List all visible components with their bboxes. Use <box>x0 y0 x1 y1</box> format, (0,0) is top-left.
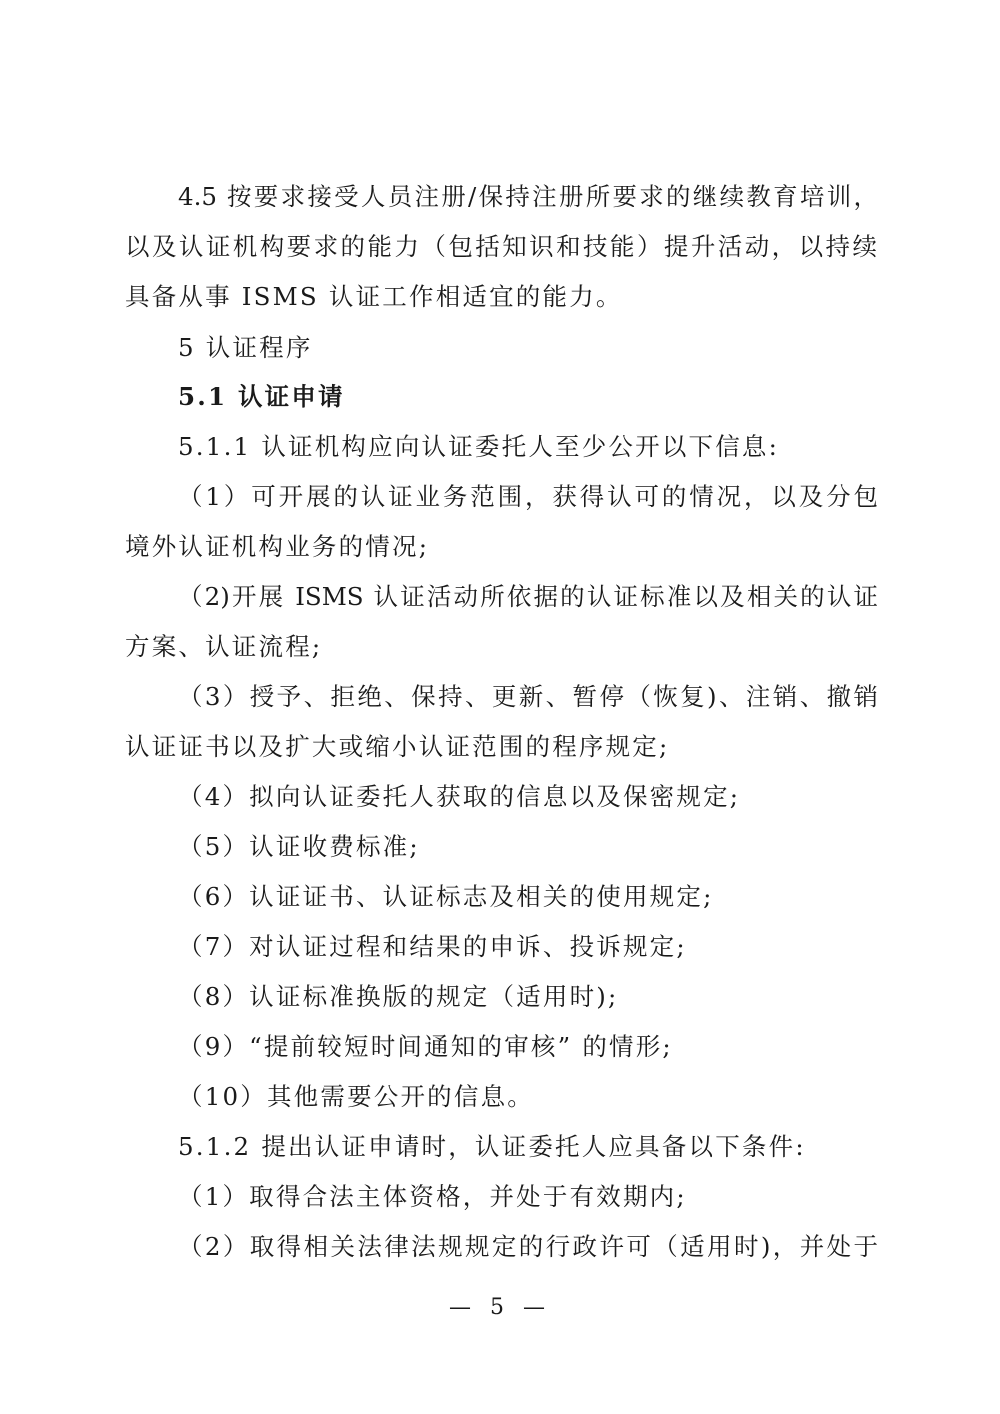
section-5-heading: 5 认证程序 <box>178 332 878 364</box>
list-item-3-line-2: 认证证书以及扩大或缩小认证范围的程序规定; <box>125 731 877 763</box>
list-item-2-line-1: （2)开展 ISMS 认证活动所依据的认证标准以及相关的认证 <box>178 581 878 613</box>
list-item-4: （4）拟向认证委托人获取的信息以及保密规定; <box>178 781 878 813</box>
document-page: 4.5 按要求接受人员注册/保持注册所要求的继续教育培训， 以及认证机构要求的能… <box>0 0 1000 1414</box>
list-item-7: （7）对认证过程和结果的申诉、投诉规定; <box>178 931 878 963</box>
list-item-6: （6）认证证书、认证标志及相关的使用规定; <box>178 881 878 913</box>
list-item-1-line-2: 境外认证机构业务的情况; <box>125 531 877 563</box>
list-item-2-line-2: 方案、认证流程; <box>125 631 877 663</box>
list-item-9: （9）“提前较短时间通知的审核” 的情形; <box>178 1031 878 1063</box>
list-item-8: （8）认证标准换版的规定（适用时); <box>178 981 878 1013</box>
condition-item-1: （1）取得合法主体资格，并处于有效期内; <box>178 1181 878 1213</box>
list-item-3-line-1: （3）授予、拒绝、保持、更新、暂停（恢复)、注销、撤销 <box>178 681 878 713</box>
list-item-10: （10）其他需要公开的信息。 <box>178 1081 878 1113</box>
list-item-1-line-1: （1）可开展的认证业务范围，获得认可的情况，以及分包 <box>178 481 878 513</box>
clause-5-1-2: 5.1.2 提出认证申请时，认证委托人应具备以下条件: <box>178 1131 878 1163</box>
paragraph-4-5-line-3: 具备从事 ISMS 认证工作相适宜的能力。 <box>125 281 877 313</box>
section-5-1-heading: 5.1 认证申请 <box>178 381 878 413</box>
clause-5-1-1: 5.1.1 认证机构应向认证委托人至少公开以下信息: <box>178 431 878 463</box>
paragraph-4-5-line-2: 以及认证机构要求的能力（包括知识和技能）提升活动，以持续 <box>125 231 877 263</box>
page-number: — 5 — <box>0 1293 1000 1323</box>
condition-item-2-line-1: （2）取得相关法律法规规定的行政许可（适用时)，并处于 <box>178 1231 878 1263</box>
paragraph-4-5-line-1: 4.5 按要求接受人员注册/保持注册所要求的继续教育培训， <box>178 181 878 213</box>
list-item-5: （5）认证收费标准; <box>178 831 878 863</box>
